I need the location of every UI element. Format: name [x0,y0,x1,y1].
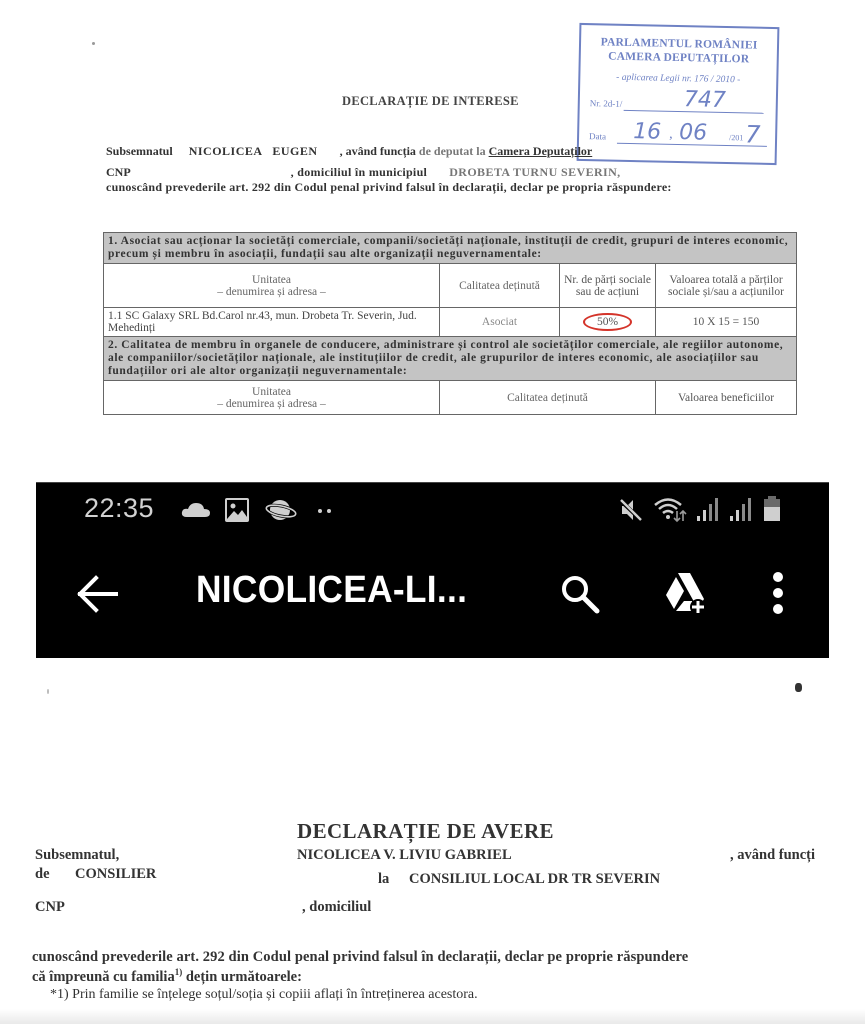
stamp-month: 06 [679,120,708,146]
stamp-day: 16 [633,119,662,145]
col-header-unit: Unitatea – denumirea și adresa – [104,264,440,308]
s2-col-header-unit-l2: – denumirea și adresa – [107,398,436,410]
s2-col-header-value: Valoarea beneficiilor [656,381,797,415]
label-subsemnatul: Subsemnatul [106,144,173,158]
arrow-left-icon[interactable] [76,575,118,613]
document-page-interese: DECLARAȚIE DE INTERESE PARLAMENTUL ROMÂN… [0,0,865,480]
mute-icon [618,497,644,523]
col-header-unit-l2: – denumirea și adresa – [107,286,436,298]
scan-speck [795,683,802,692]
interests-table: 1. Asociat sau acționar la societăți com… [103,232,797,415]
label-la: la [378,871,389,888]
stamp-year-suffix: 7 [745,120,761,148]
s2-col-header-unit-l1: Unitatea [107,386,436,398]
row-value: 10 X 15 = 150 [656,308,797,337]
section1-heading: 1. Asociat sau acționar la societăți com… [104,233,797,264]
label-cnp-2: CNP [35,899,65,916]
footnote: *1) Prin familie se înțelege soțul/soția… [50,987,478,1003]
wifi-icon [653,496,687,524]
domicile-text: , domiciliul în municipiul [291,165,428,179]
cnp-line: CNP, domiciliul în municipiulDROBETA TUR… [106,165,621,180]
domicile-label-2: , domiciliul [302,899,371,916]
stamp-nr-value: 747 [684,87,727,113]
declarant-line: SubsemnatulNICOLICEA EUGEN, având funcți… [106,144,592,159]
status-time: 22:35 [84,493,154,524]
col-header-unit-l1: Unitatea [107,274,436,286]
row-shares-cell: 50% [560,308,656,337]
more-vert-icon[interactable] [770,571,786,617]
row-role: Asociat [440,308,560,337]
stamp-date-sep: , [669,127,673,143]
stamp-line2: CAMERA DEPUTAȚILOR [581,50,777,66]
status-bar: 22:35 [36,483,829,539]
more-notifications-icon [317,508,333,514]
col-header-value: Valoarea totală a părților sociale și/sa… [656,264,797,308]
label-subsemnatul-2: Subsemnatul, [35,847,119,864]
registration-stamp: PARLAMENTUL ROMÂNIEI CAMERA DEPUTAȚILOR … [577,23,780,165]
row-unit: 1.1 SC Galaxy SRL Bd.Carol nr.43, mun. D… [104,308,440,337]
col-header-role: Calitatea deținută [440,264,560,308]
stamp-line3: - aplicarea Legii nr. 176 / 2010 - [580,72,776,86]
phone-screenshot: 22:35 NICOLICEA-LI... [36,482,829,658]
image-icon [224,497,250,523]
doc-title-interese: DECLARAȚIE DE INTERESE [342,94,519,109]
statement-line-2: că împreună cu familia1) dețin următoare… [32,967,302,986]
section2-heading: 2. Calitatea de membru în organele de co… [104,337,797,381]
drive-add-icon[interactable] [662,571,708,615]
declarant-name-2: NICOLICEA V. LIVIU GABRIEL [297,847,512,864]
function-text-c: Camera Deputaților [489,144,593,158]
document-title: NICOLICEA-LI... [196,569,467,612]
function-text-b: de deputat la [416,144,489,158]
s2-col-header-role: Calitatea deținută [440,381,656,415]
statement-l2b: dețin următoarele: [182,969,302,985]
function-value: CONSILIER [75,866,156,883]
cloud-icon [181,501,211,519]
declarant-name: NICOLICEA EUGEN [189,144,318,158]
battery-icon [762,495,782,523]
bottom-fade [0,1009,865,1024]
institution-value: CONSILIUL LOCAL DR TR SEVERIN [409,871,660,888]
stamp-nr-label: Nr. 2d-1/ [590,98,623,109]
function-text-a: , având funcția [340,144,416,158]
statement-l2a: că împreună cu familia [32,969,175,985]
signal-icon [696,497,722,523]
doc-title-avere: DECLARAȚIE DE AVERE [297,819,554,844]
planet-icon [264,497,298,523]
app-bar: NICOLICEA-LI... [36,545,829,645]
statement-line: cunoscând prevederile art. 292 din Codul… [106,180,672,195]
document-page-avere: DECLARAȚIE DE AVERE Subsemnatul, NICOLIC… [0,659,865,1024]
scan-speck [47,689,49,694]
s2-col-header-unit: Unitatea – denumirea și adresa – [104,381,440,415]
col-header-shares: Nr. de părți sociale sau de acțiuni [560,264,656,308]
stamp-date-label: Data [589,131,606,141]
label-de: de [35,866,50,883]
function-text: , având funcți [730,847,815,864]
domicile-city: DROBETA TURNU SEVERIN, [449,165,620,179]
table-row: 1.1 SC Galaxy SRL Bd.Carol nr.43, mun. D… [104,308,797,337]
row-shares-highlighted: 50% [583,313,632,331]
search-icon[interactable] [559,573,603,617]
scan-speck [92,42,95,45]
signal-icon-2 [729,497,755,523]
statement-line-1: cunoscând prevederile art. 292 din Codul… [32,949,688,966]
label-cnp: CNP [106,165,131,179]
stamp-year-prefix: /201 [729,133,743,142]
